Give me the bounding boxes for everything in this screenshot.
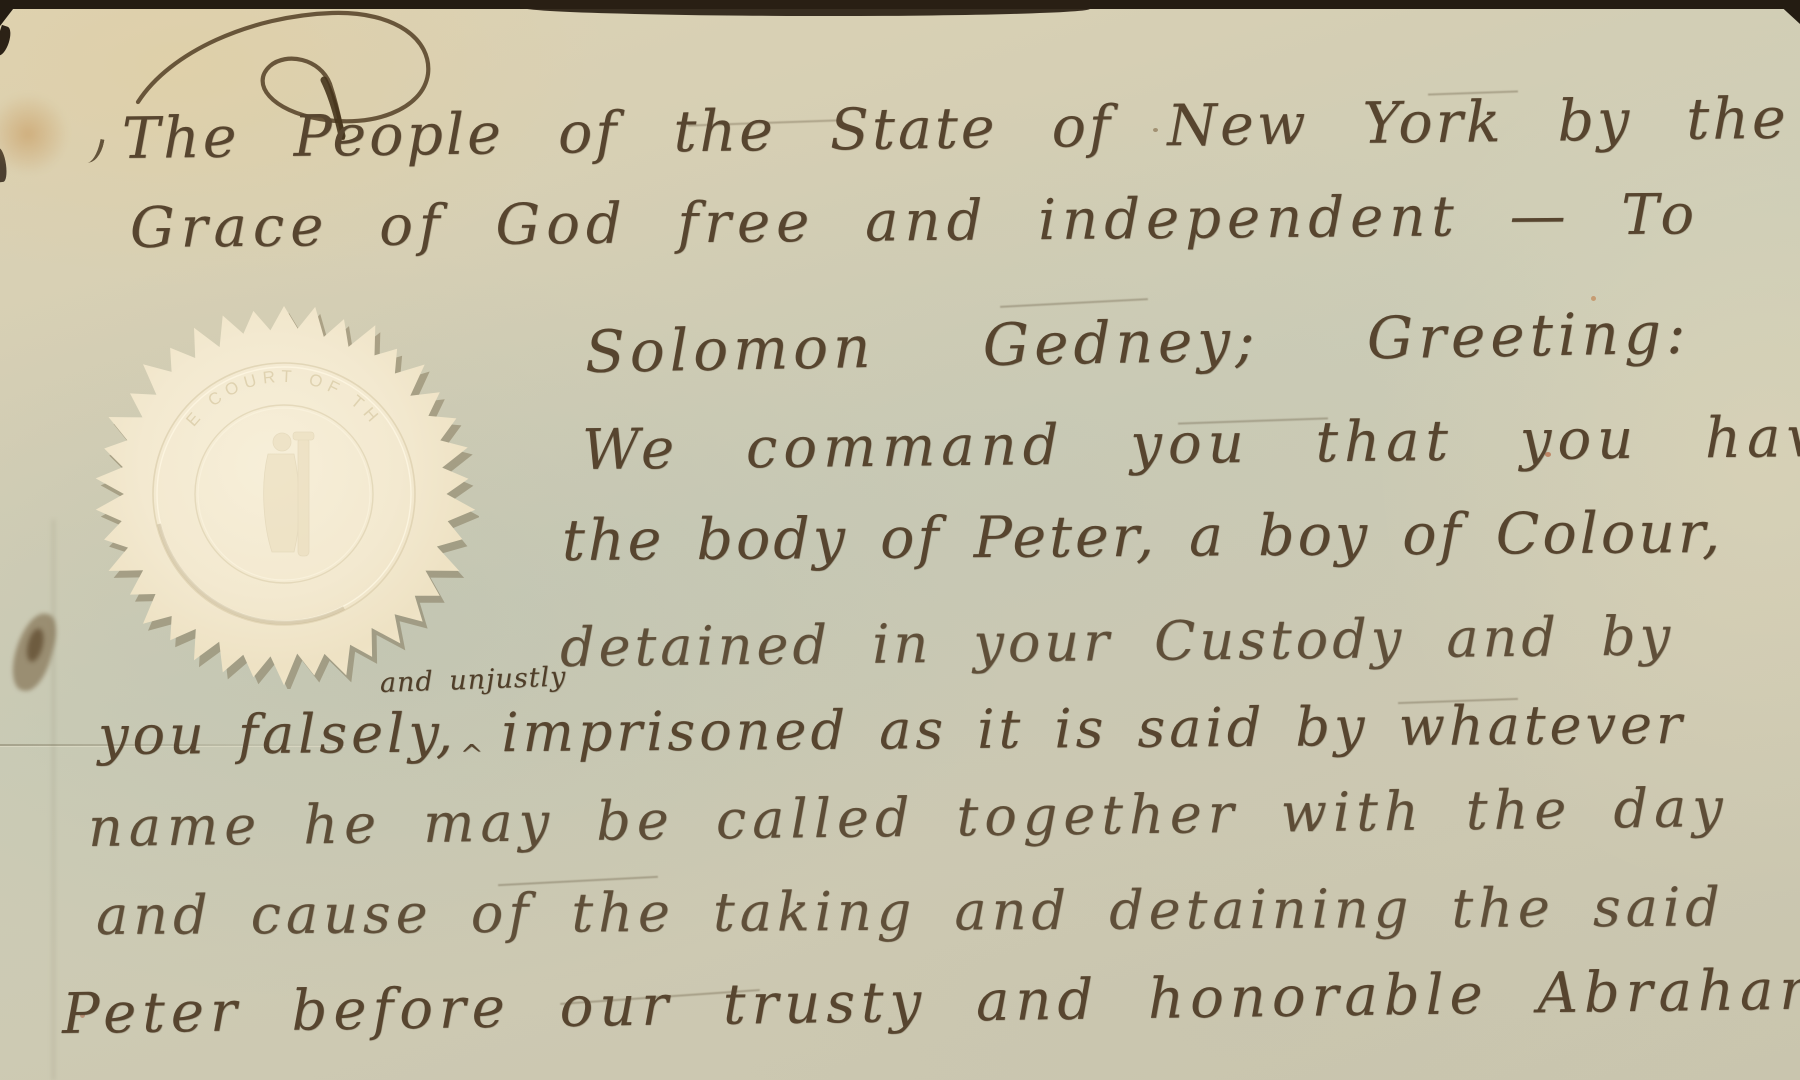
ink-showthrough-mark bbox=[1000, 298, 1148, 308]
handwritten-line-10: Peter before our trusty and honorable Ab… bbox=[62, 957, 1800, 1047]
line7-text-after-caret: imprisoned as it is said by whatever bbox=[501, 693, 1686, 764]
document-scan: E COURT OF TH The People of the State of… bbox=[0, 0, 1800, 1080]
handwritten-line-5: the body of Peter, a boy of Colour, bbox=[562, 500, 1723, 574]
torn-corner-top-left bbox=[0, 0, 20, 26]
handwritten-line-2: Grace of God free and independent — To bbox=[130, 182, 1701, 261]
handwritten-line-9: and cause of the taking and detaining th… bbox=[96, 875, 1725, 947]
paper-stain bbox=[0, 92, 70, 176]
torn-corner-top-right bbox=[1774, 0, 1800, 24]
line7-text-before-caret: you falsely, bbox=[98, 701, 457, 767]
scan-edge-shadow bbox=[520, 0, 1090, 16]
handwritten-line-6: detained in your Custody and by bbox=[560, 604, 1675, 679]
insertion-caret-mark: ^ bbox=[460, 738, 484, 771]
interlinear-insertion: and unjustly bbox=[379, 662, 566, 699]
handwritten-line-3: Solomon Gedney; Greeting: bbox=[584, 299, 1691, 386]
ink-smudge-core bbox=[24, 627, 47, 664]
handwritten-line-8: name he may be called together with the … bbox=[88, 776, 1729, 859]
handwritten-line-7: you falsely,^imprisoned as it is said by… bbox=[98, 693, 1686, 774]
paper-crease-vertical bbox=[52, 520, 55, 1080]
handwritten-line-4: We command you that you have bbox=[582, 405, 1800, 483]
edge-nick bbox=[0, 25, 13, 57]
embossed-paper-seal: E COURT OF TH bbox=[89, 299, 479, 689]
